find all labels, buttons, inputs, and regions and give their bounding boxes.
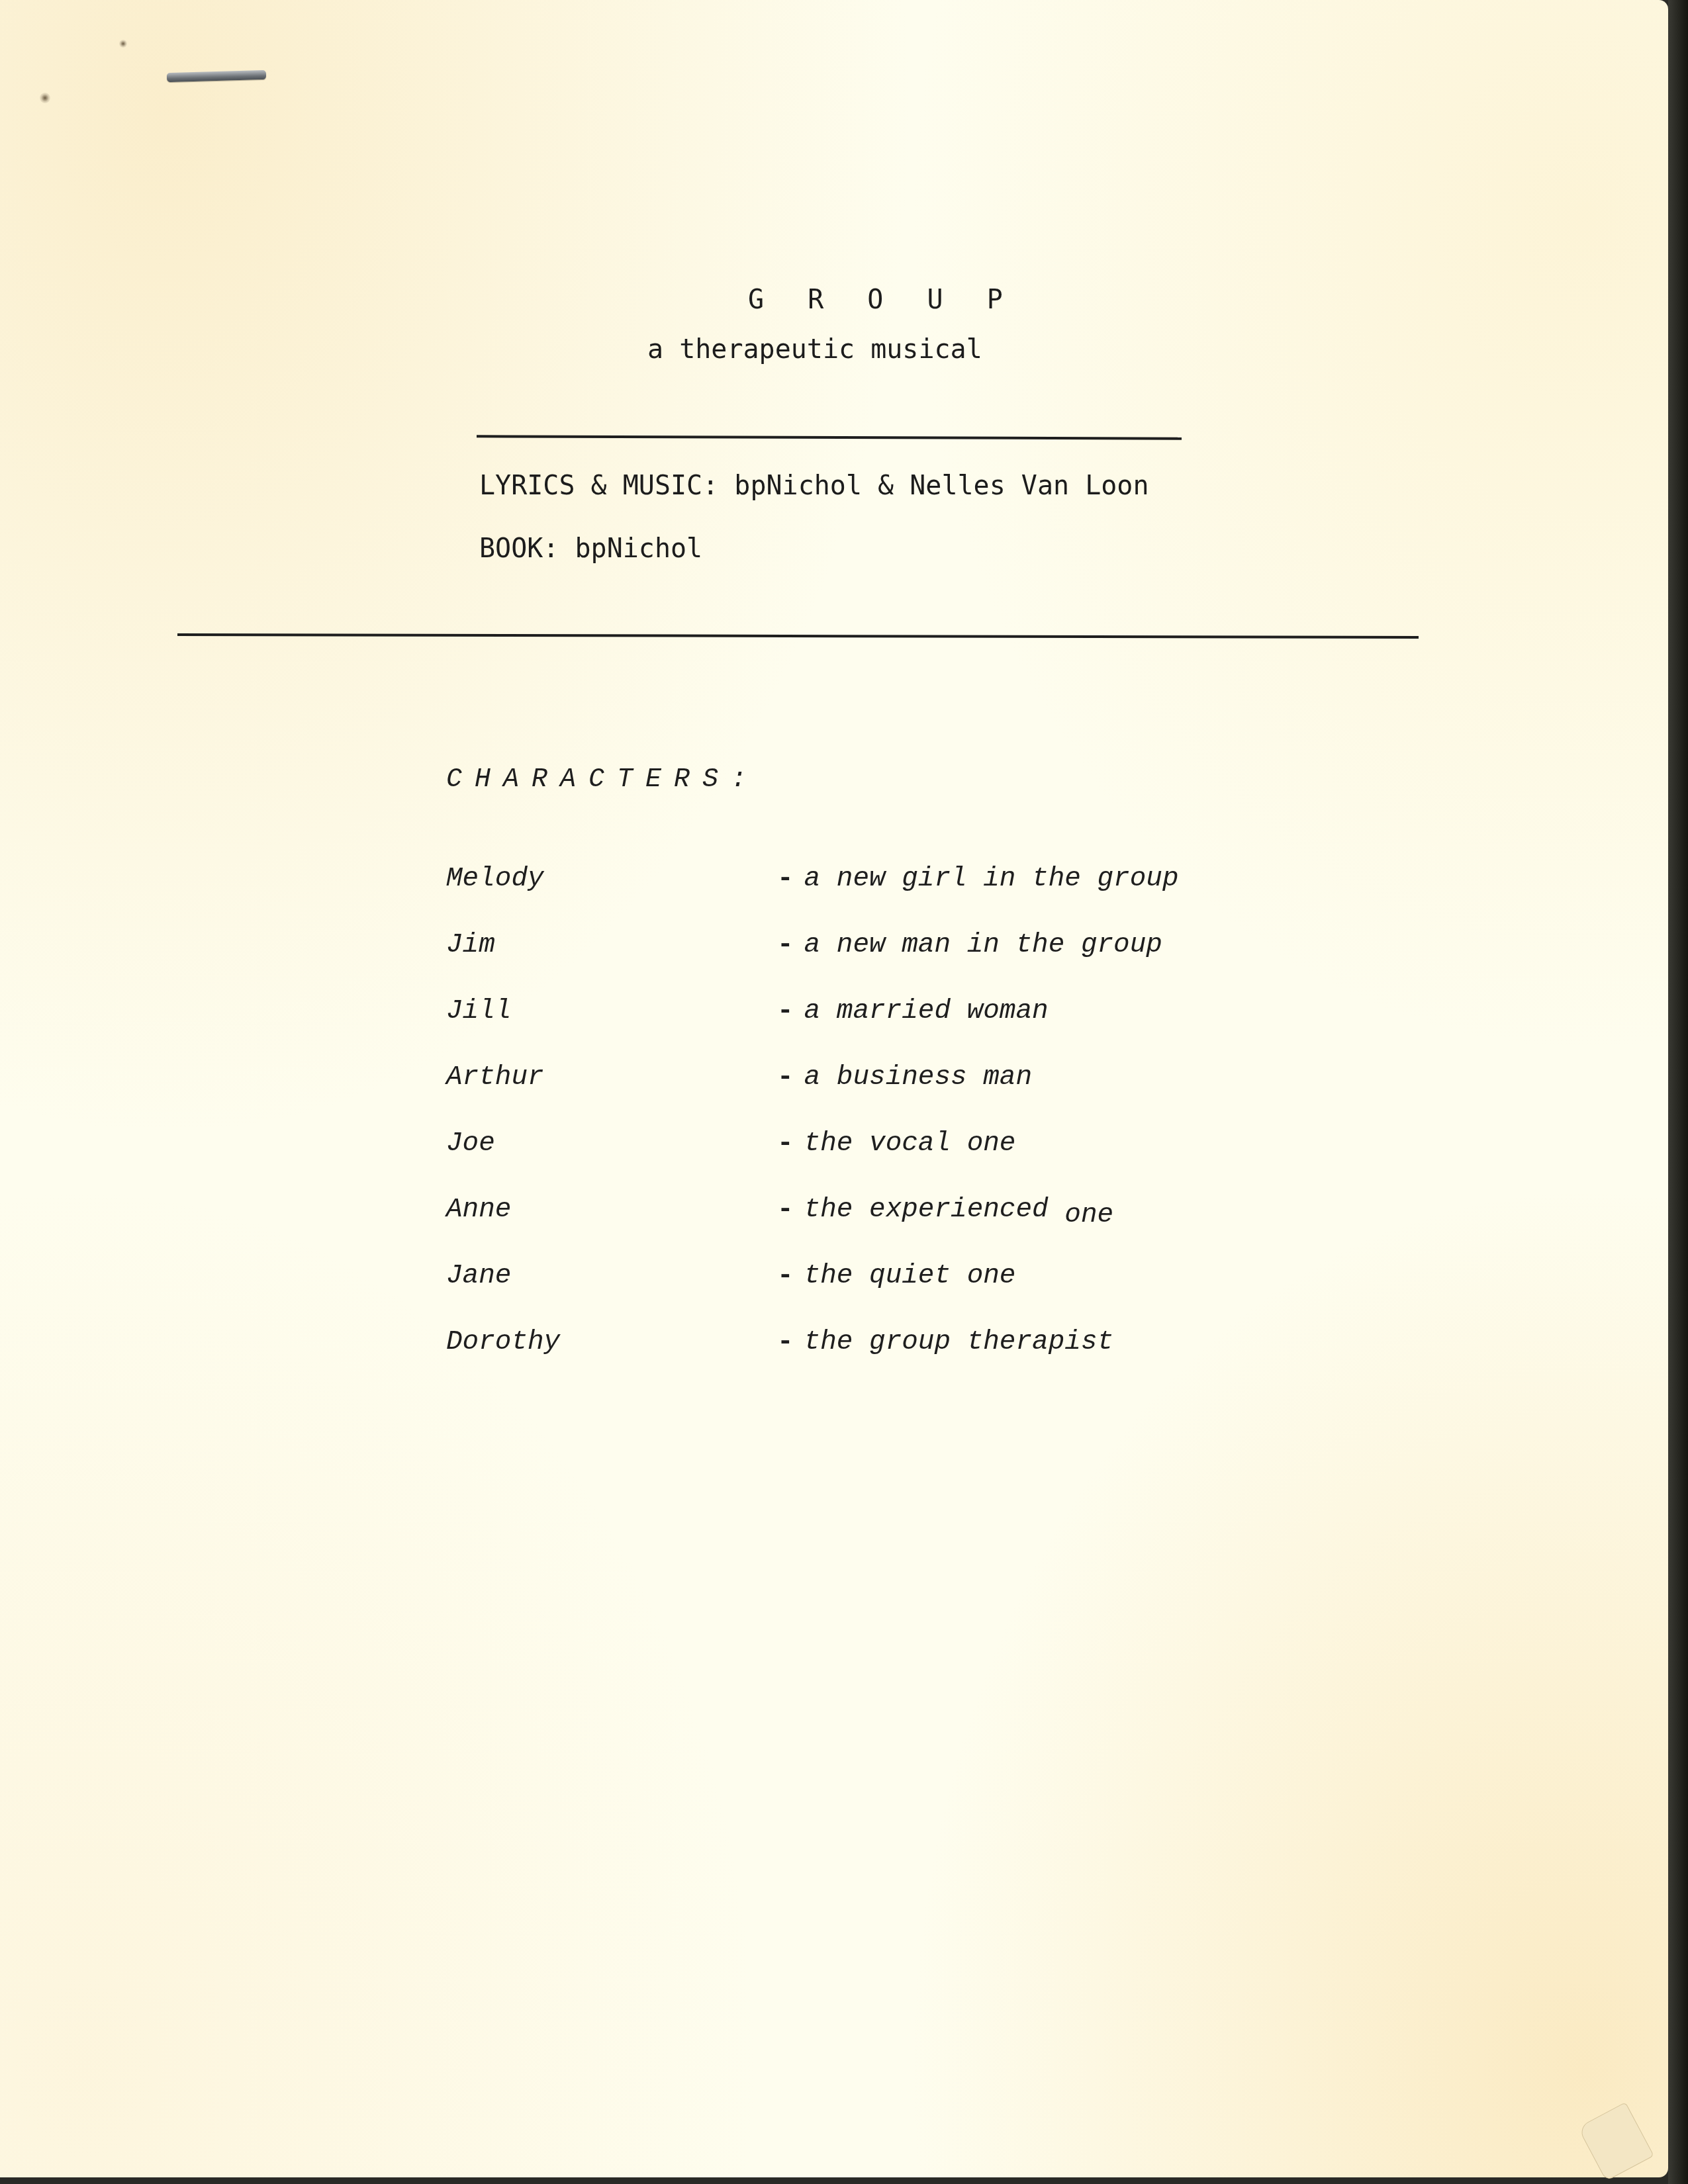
character-name: Joe bbox=[446, 1128, 495, 1159]
character-description: -the vocal one bbox=[777, 1128, 1015, 1159]
credit-value: bpNichol & Nelles Van Loon bbox=[734, 471, 1149, 501]
character-description: -a new girl in the group bbox=[777, 864, 1179, 894]
punch-hole-mark bbox=[119, 40, 127, 48]
credit-label: LYRICS & MUSIC: bbox=[479, 471, 718, 501]
character-name: Dorothy bbox=[446, 1327, 560, 1357]
characters-heading: CHARACTERS: bbox=[446, 765, 759, 795]
divider-short bbox=[477, 435, 1182, 439]
paper-page: G R O U P a therapeutic musical LYRICS &… bbox=[0, 0, 1668, 2177]
credit-lyrics-music: LYRICS & MUSIC: bpNichol & Nelles Van Lo… bbox=[479, 471, 1149, 501]
character-name: Jill bbox=[446, 996, 511, 1026]
character-name: Arthur bbox=[446, 1062, 544, 1093]
character-description: -the group therapist bbox=[777, 1327, 1113, 1357]
character-description: -a new man in the group bbox=[777, 930, 1162, 960]
character-name: Melody bbox=[446, 864, 544, 894]
character-name: Jane bbox=[446, 1261, 511, 1291]
character-name: Jim bbox=[446, 930, 495, 960]
scanner-edge bbox=[1668, 0, 1688, 2184]
character-description: -the experienced one bbox=[777, 1195, 1113, 1225]
character-name: Anne bbox=[446, 1195, 511, 1225]
punch-hole-mark bbox=[40, 93, 50, 103]
character-description: -the quiet one bbox=[777, 1261, 1015, 1291]
credit-book: BOOK: bpNichol bbox=[479, 533, 702, 564]
dog-eared-corner bbox=[1577, 2102, 1654, 2181]
credit-value: bpNichol bbox=[575, 533, 703, 564]
divider-long bbox=[177, 633, 1419, 639]
staple bbox=[167, 70, 266, 82]
credit-label: BOOK: bbox=[479, 533, 559, 564]
play-title: G R O U P bbox=[748, 285, 1017, 315]
character-description: -a married woman bbox=[777, 996, 1049, 1026]
play-subtitle: a therapeutic musical bbox=[647, 334, 982, 365]
character-description: -a business man bbox=[777, 1062, 1032, 1093]
